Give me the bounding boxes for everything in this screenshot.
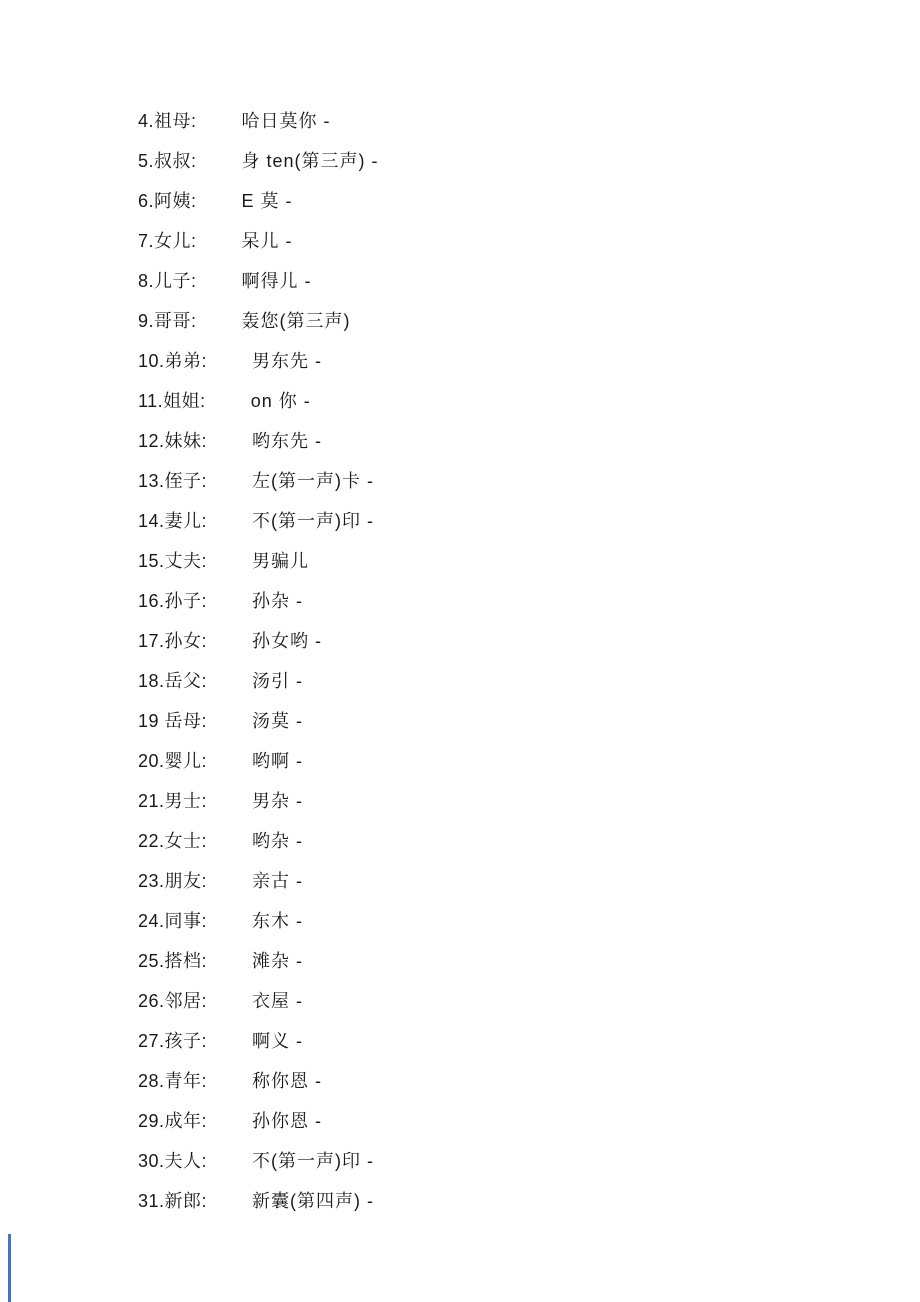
list-item: 7.女儿: 呆儿 - bbox=[138, 220, 880, 260]
list-item: 24.同事: 东木 - bbox=[138, 900, 880, 940]
item-label: 25.搭档: bbox=[138, 947, 207, 973]
item-pronunciation: 汤引 - bbox=[252, 667, 303, 693]
item-pronunciation: E 莫 - bbox=[242, 187, 293, 213]
item-label: 23.朋友: bbox=[138, 867, 207, 893]
item-label: 18.岳父: bbox=[138, 667, 207, 693]
item-pronunciation: 轰您(第三声) bbox=[242, 307, 351, 333]
item-label: 29.成年: bbox=[138, 1107, 207, 1133]
vocabulary-list: 4.祖母: 哈日莫你 - 5.叔叔: 身 ten(第三声) - 6.阿姨: E … bbox=[138, 100, 880, 1220]
list-item: 13.侄子: 左(第一声)卡 - bbox=[138, 460, 880, 500]
item-label: 31.新郎: bbox=[138, 1187, 207, 1213]
item-pronunciation: 哟东先 - bbox=[252, 427, 322, 453]
item-label: 28.青年: bbox=[138, 1067, 207, 1093]
item-pronunciation: 新囊(第四声) - bbox=[252, 1187, 374, 1213]
list-item: 20.婴儿: 哟啊 - bbox=[138, 740, 880, 780]
list-item: 29.成年: 孙你恩 - bbox=[138, 1100, 880, 1140]
list-item: 4.祖母: 哈日莫你 - bbox=[138, 100, 880, 140]
item-label: 27.孩子: bbox=[138, 1027, 207, 1053]
list-item: 23.朋友: 亲古 - bbox=[138, 860, 880, 900]
item-label: 9.哥哥: bbox=[138, 307, 197, 333]
item-pronunciation: 男杂 - bbox=[252, 787, 303, 813]
item-pronunciation: 亲古 - bbox=[252, 867, 303, 893]
list-item: 22.女士: 哟杂 - bbox=[138, 820, 880, 860]
item-pronunciation: 男骗儿 bbox=[252, 547, 309, 573]
item-pronunciation: 啊得儿 - bbox=[242, 267, 312, 293]
item-label: 14.妻儿: bbox=[138, 507, 207, 533]
list-item: 26.邻居: 衣屋 - bbox=[138, 980, 880, 1020]
item-pronunciation: 男东先 - bbox=[252, 347, 322, 373]
item-pronunciation: 身 ten(第三声) - bbox=[242, 147, 379, 173]
item-label: 26.邻居: bbox=[138, 987, 207, 1013]
item-label: 4.祖母: bbox=[138, 107, 197, 133]
item-pronunciation: 左(第一声)卡 - bbox=[252, 467, 374, 493]
item-label: 11.姐姐: bbox=[138, 387, 206, 413]
item-label: 17.孙女: bbox=[138, 627, 207, 653]
list-item: 30.夫人: 不(第一声)印 - bbox=[138, 1140, 880, 1180]
item-pronunciation: 称你恩 - bbox=[252, 1067, 322, 1093]
list-item: 21.男士: 男杂 - bbox=[138, 780, 880, 820]
item-label: 8.儿子: bbox=[138, 267, 197, 293]
list-item: 19 岳母: 汤莫 - bbox=[138, 700, 880, 740]
item-pronunciation: 哈日莫你 - bbox=[242, 107, 331, 133]
list-item: 18.岳父: 汤引 - bbox=[138, 660, 880, 700]
item-label: 5.叔叔: bbox=[138, 147, 197, 173]
item-label: 19 岳母: bbox=[138, 707, 207, 733]
item-label: 13.侄子: bbox=[138, 467, 207, 493]
list-item: 25.搭档: 滩杂 - bbox=[138, 940, 880, 980]
list-item: 8.儿子: 啊得儿 - bbox=[138, 260, 880, 300]
item-pronunciation: 哟啊 - bbox=[252, 747, 303, 773]
item-pronunciation: 孙女哟 - bbox=[252, 627, 322, 653]
item-pronunciation: 不(第一声)印 - bbox=[252, 1147, 374, 1173]
item-pronunciation: on 你 - bbox=[251, 387, 311, 413]
list-item: 15.丈夫: 男骗儿 bbox=[138, 540, 880, 580]
item-label: 15.丈夫: bbox=[138, 547, 207, 573]
list-item: 17.孙女: 孙女哟 - bbox=[138, 620, 880, 660]
item-pronunciation: 孙杂 - bbox=[252, 587, 303, 613]
item-pronunciation: 呆儿 - bbox=[242, 227, 293, 253]
list-item: 10.弟弟: 男东先 - bbox=[138, 340, 880, 380]
item-pronunciation: 啊义 - bbox=[252, 1027, 303, 1053]
item-label: 30.夫人: bbox=[138, 1147, 207, 1173]
page-edge-mark bbox=[8, 1234, 11, 1302]
item-label: 6.阿姨: bbox=[138, 187, 197, 213]
item-pronunciation: 汤莫 - bbox=[252, 707, 303, 733]
list-item: 14.妻儿: 不(第一声)印 - bbox=[138, 500, 880, 540]
item-pronunciation: 哟杂 - bbox=[252, 827, 303, 853]
item-label: 22.女士: bbox=[138, 827, 207, 853]
list-item: 9.哥哥: 轰您(第三声) bbox=[138, 300, 880, 340]
item-pronunciation: 滩杂 - bbox=[252, 947, 303, 973]
list-item: 12.妹妹: 哟东先 - bbox=[138, 420, 880, 460]
item-label: 10.弟弟: bbox=[138, 347, 207, 373]
item-pronunciation: 东木 - bbox=[252, 907, 303, 933]
list-item: 16.孙子: 孙杂 - bbox=[138, 580, 880, 620]
item-pronunciation: 衣屋 - bbox=[252, 987, 303, 1013]
list-item: 5.叔叔: 身 ten(第三声) - bbox=[138, 140, 880, 180]
item-label: 20.婴儿: bbox=[138, 747, 207, 773]
list-item: 28.青年: 称你恩 - bbox=[138, 1060, 880, 1100]
list-item: 31.新郎: 新囊(第四声) - bbox=[138, 1180, 880, 1220]
item-label: 16.孙子: bbox=[138, 587, 207, 613]
item-label: 21.男士: bbox=[138, 787, 207, 813]
item-label: 24.同事: bbox=[138, 907, 207, 933]
item-pronunciation: 孙你恩 - bbox=[252, 1107, 322, 1133]
item-label: 12.妹妹: bbox=[138, 427, 207, 453]
document-page: 4.祖母: 哈日莫你 - 5.叔叔: 身 ten(第三声) - 6.阿姨: E … bbox=[0, 0, 920, 1302]
item-pronunciation: 不(第一声)印 - bbox=[252, 507, 374, 533]
list-item: 11.姐姐: on 你 - bbox=[138, 380, 880, 420]
list-item: 27.孩子: 啊义 - bbox=[138, 1020, 880, 1060]
item-label: 7.女儿: bbox=[138, 227, 197, 253]
list-item: 6.阿姨: E 莫 - bbox=[138, 180, 880, 220]
